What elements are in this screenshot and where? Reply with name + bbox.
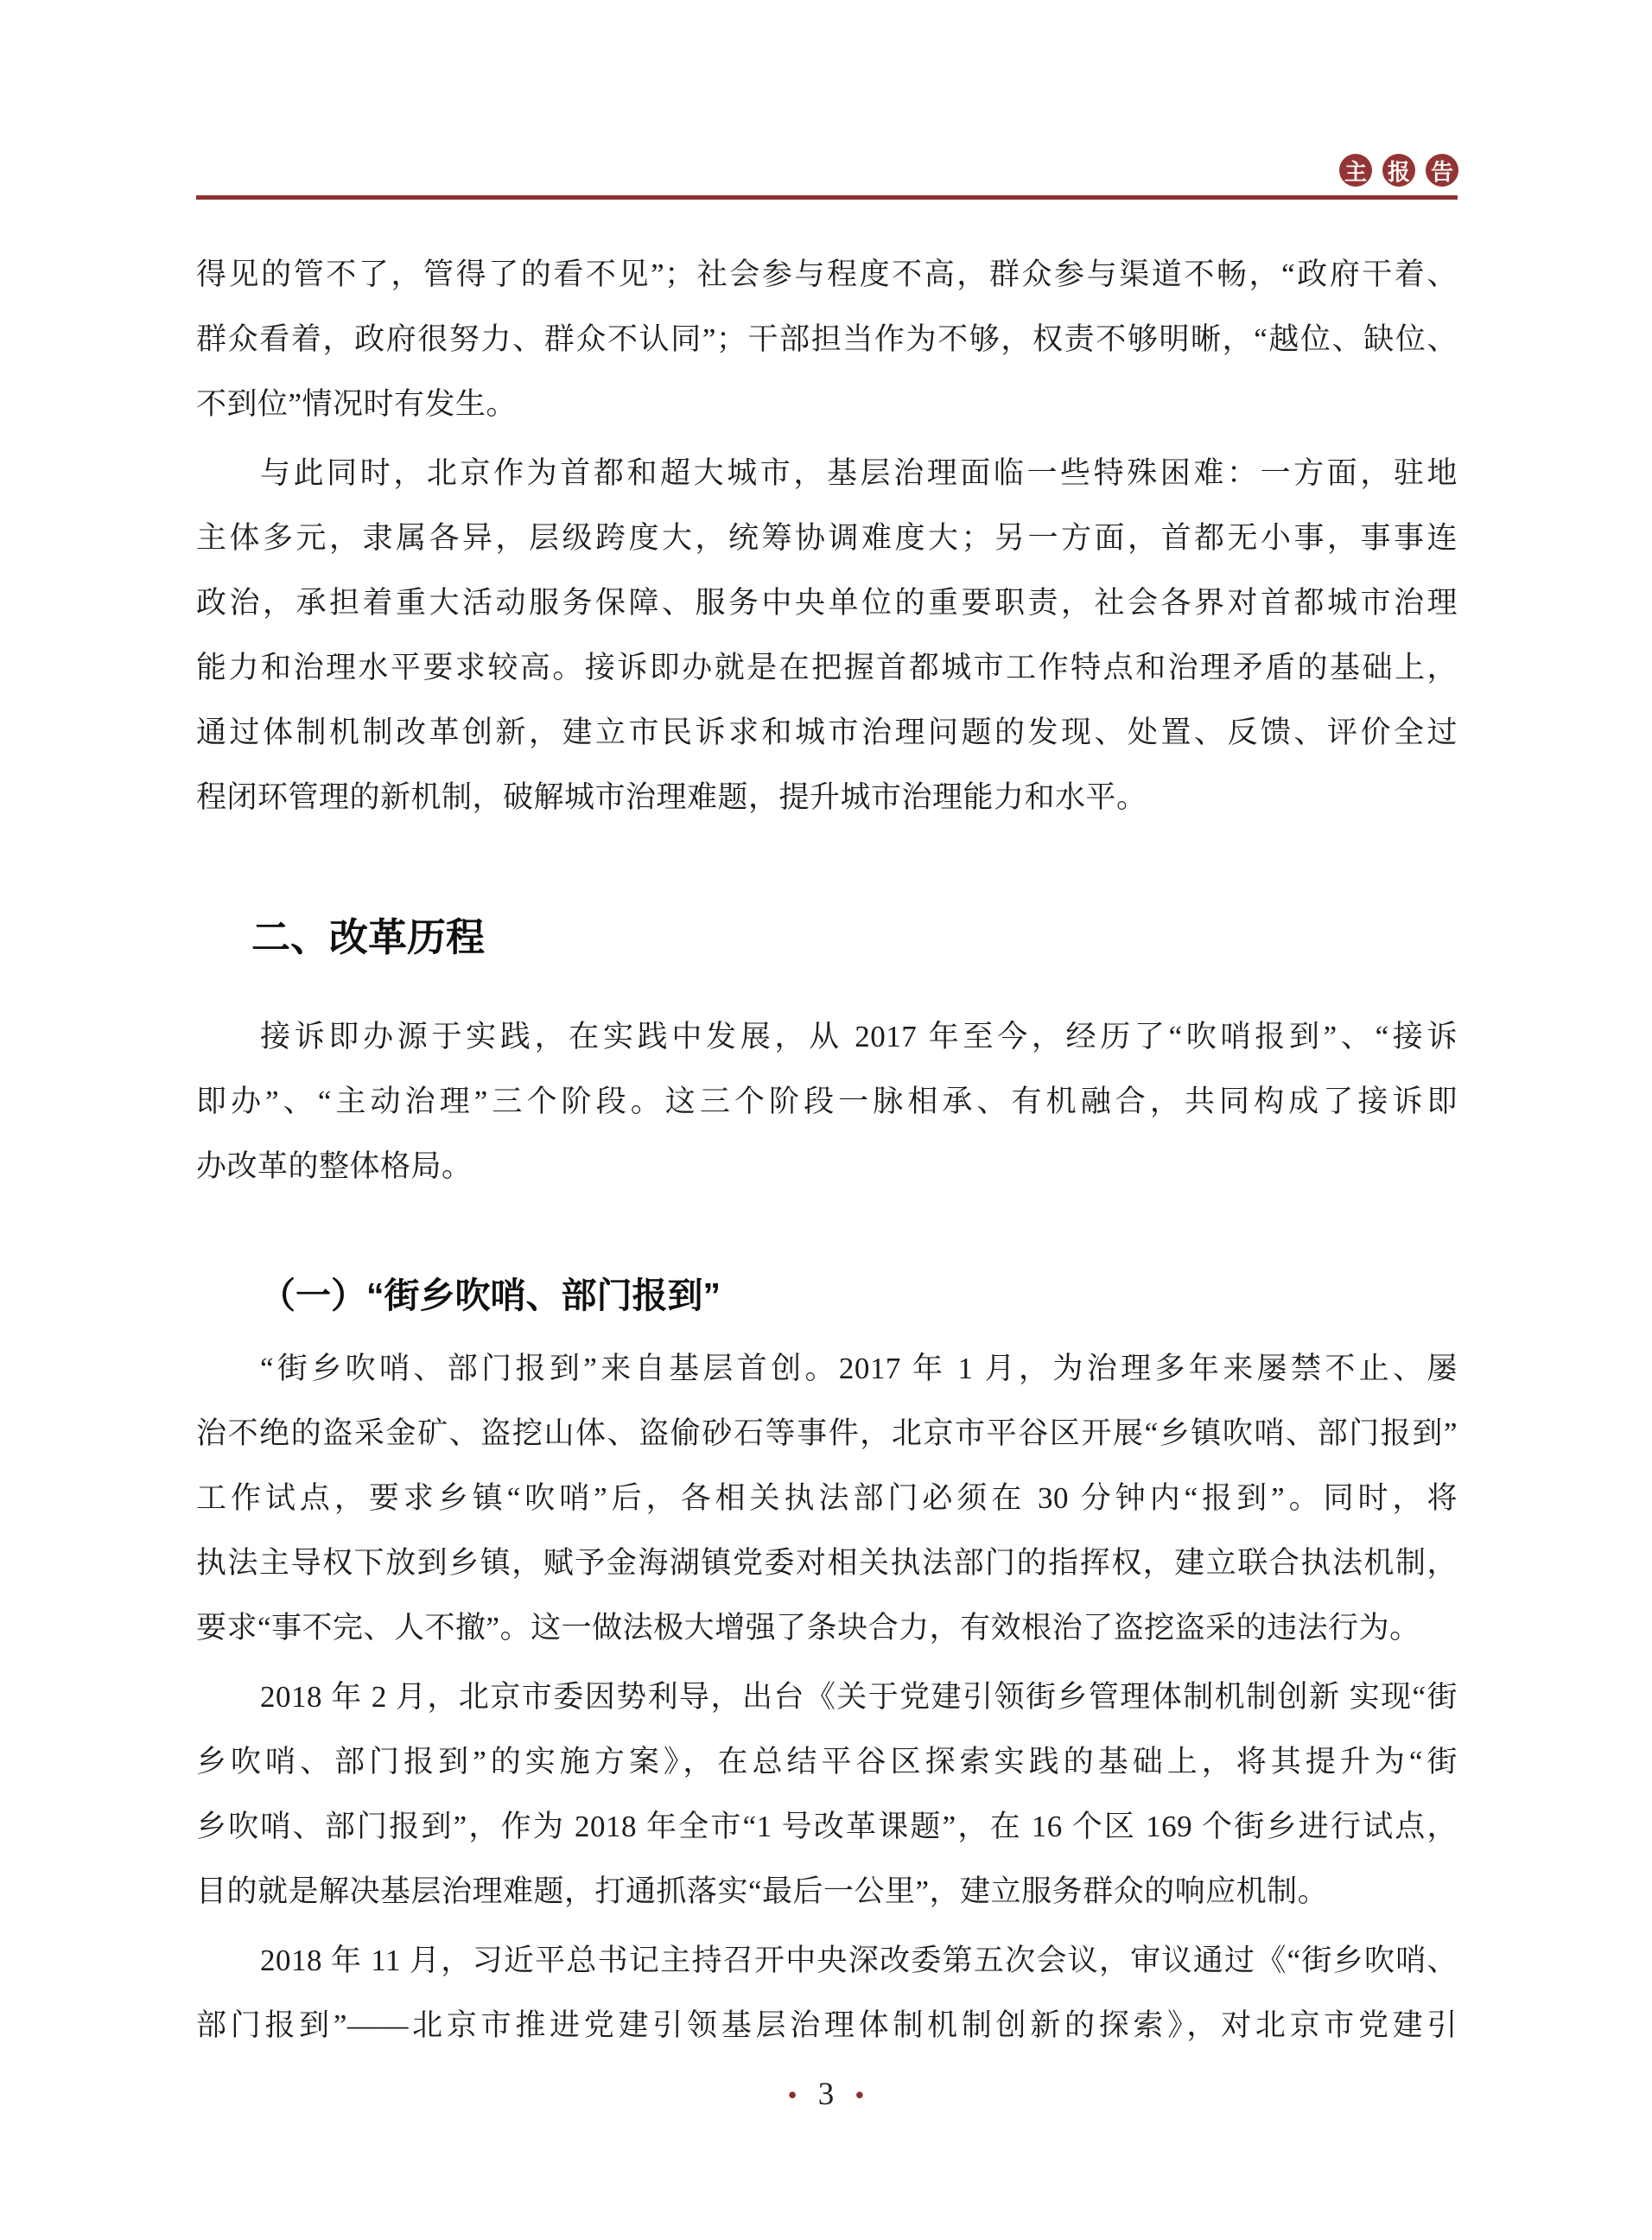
text-line: 政治，承担着重大活动服务保障、服务中央单位的重要职责，社会各界对首都城市治理: [196, 570, 1458, 635]
header-rule: [196, 195, 1458, 200]
body-paragraph: “街乡吹哨、部门报到”来自基层首创。2017 年 1 月，为治理多年来屡禁不止、…: [196, 1336, 1458, 1660]
text-line: 通过体制机制改革创新，建立市民诉求和城市治理问题的发现、处置、反馈、评价全过: [196, 700, 1458, 765]
body-paragraph: 得见的管不了，管得了的看不见”；社会参与程度不高，群众参与渠道不畅，“政府干着、…: [196, 242, 1458, 436]
text-line: 程闭环管理的新机制，破解城市治理难题，提升城市治理能力和水平。: [196, 765, 1458, 830]
text-line: 即办”、“主动治理”三个阶段。这三个阶段一脉相承、有机融合，共同构成了接诉即: [196, 1069, 1458, 1134]
footer-dot-right: •: [855, 2081, 864, 2109]
text-line: 工作试点，要求乡镇“吹哨”后，各相关执法部门必须在 30 分钟内“报到”。同时，…: [196, 1466, 1458, 1530]
text-line: 目的就是解决基层治理难题，打通抓落实“最后一公里”，建立服务群众的响应机制。: [196, 1859, 1458, 1924]
document-page: 主 报 告 得见的管不了，管得了的看不见”；社会参与程度不高，群众参与渠道不畅，…: [0, 0, 1652, 2240]
text-line: 部门报到”——北京市推进党建引领基层治理体制机制创新的探索》，对北京市党建引: [196, 1993, 1458, 2058]
text-line: 2018 年 11 月，习近平总书记主持召开中央深改委第五次会议，审议通过《“街…: [196, 1928, 1458, 1993]
page-content: 得见的管不了，管得了的看不见”；社会参与程度不高，群众参与渠道不畅，“政府干着、…: [196, 242, 1458, 2062]
text-line: 2018 年 2 月，北京市委因势利导，出台《关于党建引领街乡管理体制机制创新 …: [196, 1664, 1458, 1729]
text-line: “街乡吹哨、部门报到”来自基层首创。2017 年 1 月，为治理多年来屡禁不止、…: [196, 1336, 1458, 1401]
text-line: 接诉即办源于实践，在实践中发展，从 2017 年至今，经历了“吹哨报到”、“接诉: [196, 1004, 1458, 1069]
page-number: 3: [818, 2078, 835, 2110]
text-line: 与此同时，北京作为首都和超大城市，基层治理面临一些特殊困难：一方面，驻地: [196, 441, 1458, 506]
text-line: 乡吹哨、部门报到”，作为 2018 年全市“1 号改革课题”，在 16 个区 1…: [196, 1794, 1458, 1859]
badge-circle-1: 主: [1339, 154, 1372, 187]
text-line: 治不绝的盗采金矿、盗挖山体、盗偷砂石等事件，北京市平谷区开展“乡镇吹哨、部门报到…: [196, 1401, 1458, 1466]
report-badge: 主 报 告: [1339, 154, 1458, 187]
section-heading: 二、改革历程: [196, 907, 1458, 968]
body-paragraph: 2018 年 2 月，北京市委因势利导，出台《关于党建引领街乡管理体制机制创新 …: [196, 1664, 1458, 1924]
badge-circle-2: 报: [1382, 154, 1415, 187]
text-line: 主体多元，隶属各异，层级跨度大，统筹协调难度大；另一方面，首都无小事，事事连: [196, 506, 1458, 570]
text-line: 要求“事不完、人不撤”。这一做法极大增强了条块合力，有效根治了盗挖盗采的违法行为…: [196, 1595, 1458, 1660]
page-footer: • 3 •: [0, 2078, 1652, 2110]
body-paragraph: 2018 年 11 月，习近平总书记主持召开中央深改委第五次会议，审议通过《“街…: [196, 1928, 1458, 2058]
body-paragraph: 与此同时，北京作为首都和超大城市，基层治理面临一些特殊困难：一方面，驻地 主体多…: [196, 441, 1458, 830]
text-line: 群众看着，政府很努力、群众不认同”；干部担当作为不够，权责不够明晰，“越位、缺位…: [196, 307, 1458, 372]
body-paragraph: 接诉即办源于实践，在实践中发展，从 2017 年至今，经历了“吹哨报到”、“接诉…: [196, 1004, 1458, 1199]
text-line: 不到位”情况时有发生。: [196, 372, 1458, 436]
text-line: 办改革的整体格局。: [196, 1134, 1458, 1199]
badge-circle-3: 告: [1426, 154, 1458, 187]
text-line: 执法主导权下放到乡镇，赋予金海湖镇党委对相关执法部门的指挥权，建立联合执法机制，: [196, 1530, 1458, 1595]
text-line: 乡吹哨、部门报到”的实施方案》，在总结平谷区探索实践的基础上，将其提升为“街: [196, 1729, 1458, 1794]
text-line: 能力和治理水平要求较高。接诉即办就是在把握首都城市工作特点和治理矛盾的基础上，: [196, 635, 1458, 700]
subsection-heading: （一）“街乡吹哨、部门报到”: [196, 1268, 1458, 1323]
footer-dot-left: •: [788, 2081, 797, 2109]
text-line: 得见的管不了，管得了的看不见”；社会参与程度不高，群众参与渠道不畅，“政府干着、: [196, 242, 1458, 307]
